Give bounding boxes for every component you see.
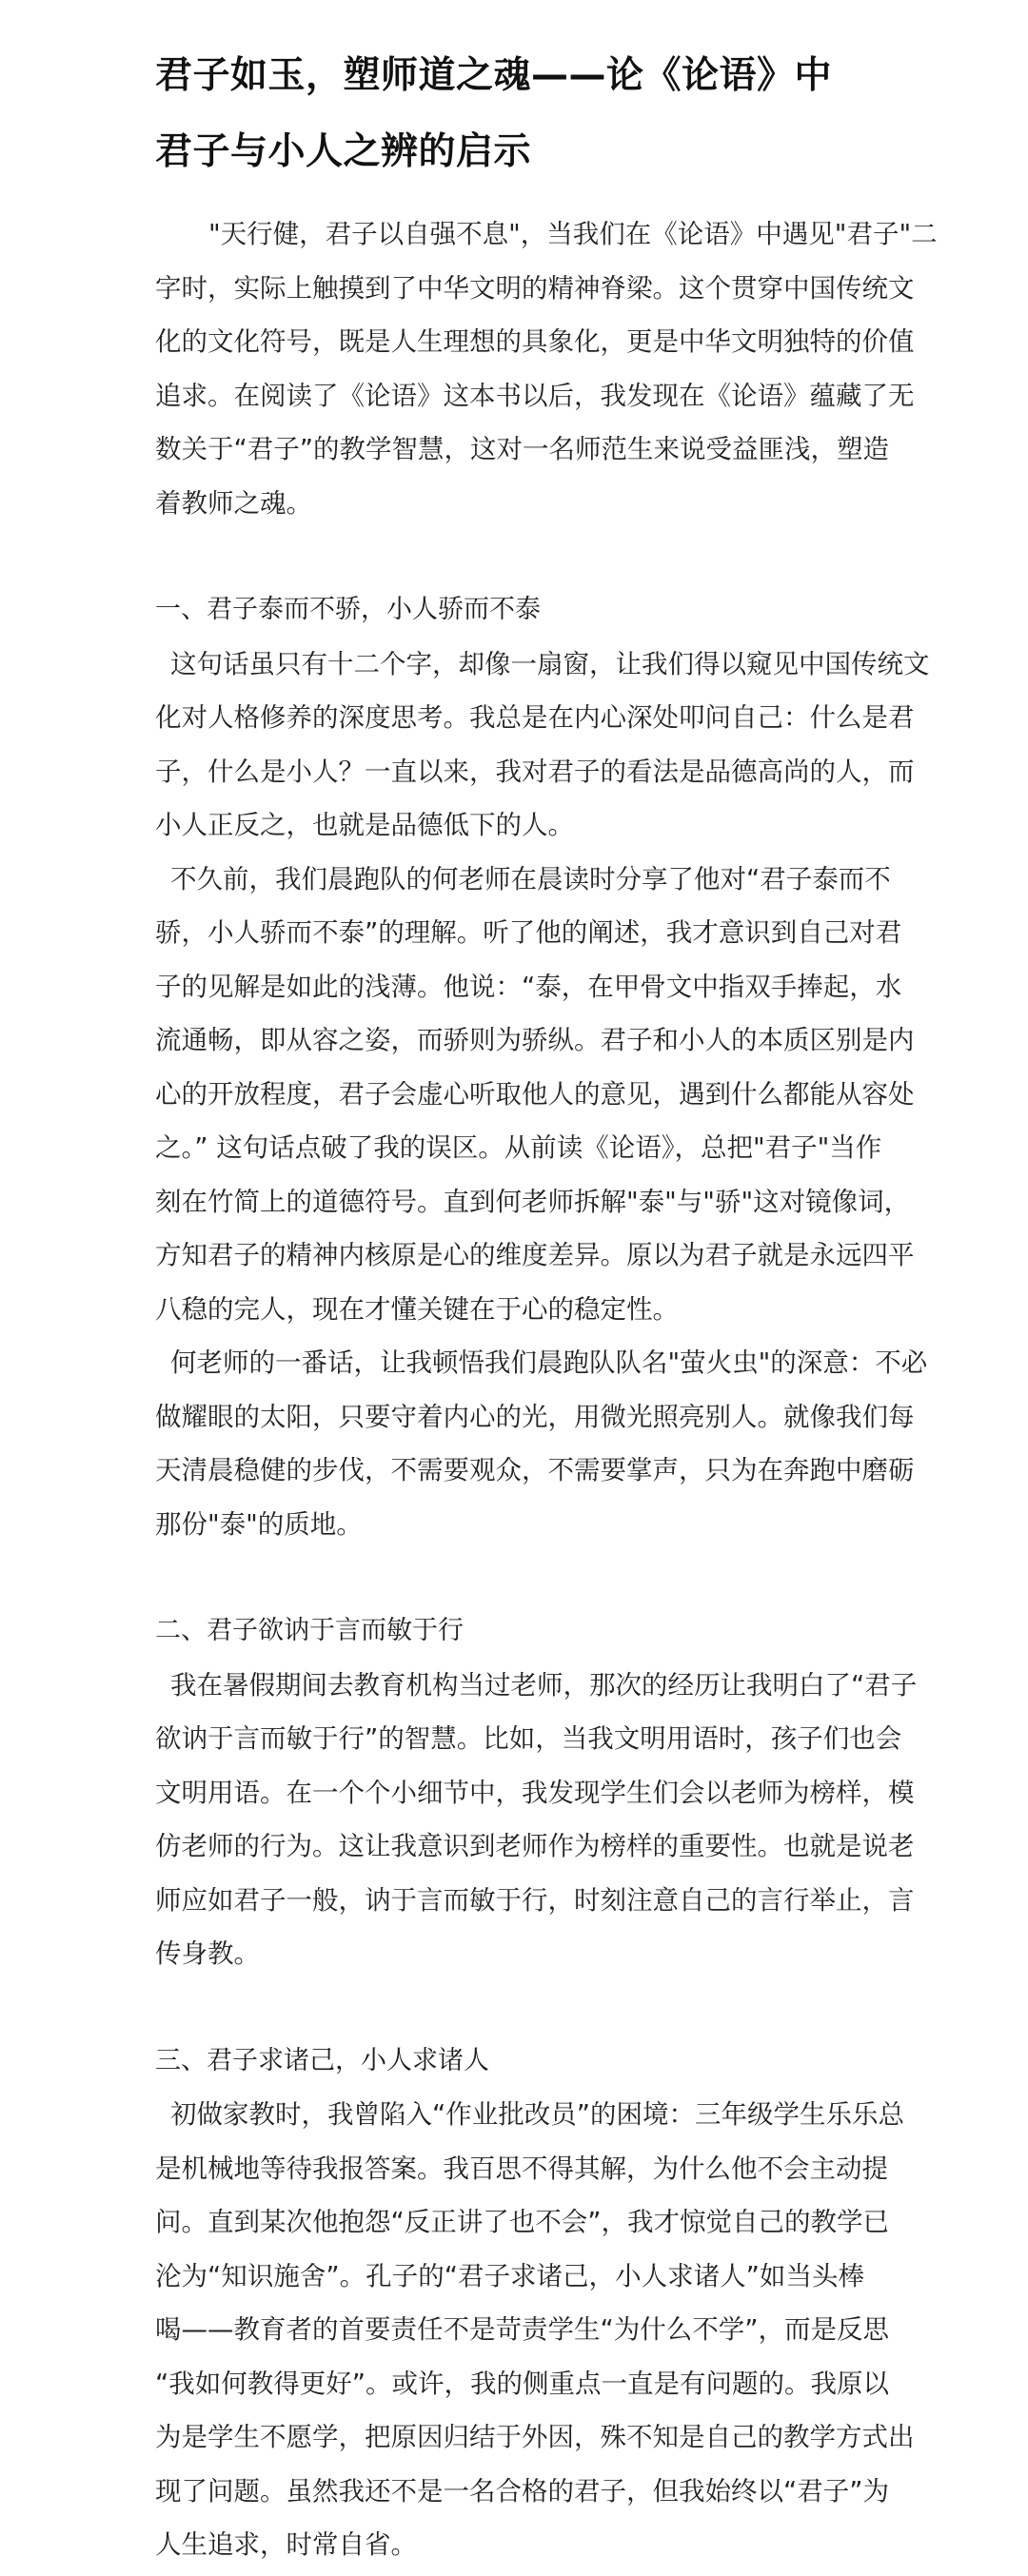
paragraph: 何老师的一番话，让我顿悟我们晨跑队队名"萤火虫"的深意：不必 做耀眼的太阳，只要… [155,1336,864,1551]
text-line: 沦为“知识施舍”。孔子的“君子求诸己，小人求诸人”如当头棒 [155,2250,864,2304]
text-line: 何老师的一番话，让我顿悟我们晨跑队队名"萤火虫"的深意：不必 [155,1336,864,1390]
text-line: 心的开放程度，君子会虚心听取他人的意见，遇到什么都能从容处 [155,1068,864,1122]
text-line: 化对人格修养的深度思考。我总是在内心深处叩问自己：什么是君 [155,691,864,745]
text-line: 之。” 这句话点破了我的误区。从前读《论语》，总把"君子"当作 [155,1121,864,1175]
text-line: 做耀眼的太阳，只要守着内心的光，用微光照亮别人。就像我们每 [155,1390,864,1445]
text-line: 刻在竹简上的道德符号。直到何老师拆解"泰"与"骄"这对镜像词， [155,1175,864,1229]
text-line: 初做家教时，我曾陷入“作业批改员”的困境：三年级学生乐乐总 [155,2088,864,2142]
text-line: “我如何教得更好”。或许，我的侧重点一直是有问题的。我原以 [155,2357,864,2411]
text-line: 天清晨稳健的步伐，不需要观众，不需要掌声，只为在奔跑中磨砺 [155,1444,864,1498]
text-line: 现了问题。虽然我还不是一名合格的君子，但我始终以“君子”为 [155,2465,864,2519]
text-line: 子，什么是小人？一直以来，我对君子的看法是品德高尚的人，而 [155,745,864,799]
title-line: 君子与小人之辨的启示 [155,114,864,190]
text-line: 传身教。 [155,1927,864,1981]
text-line: 着教师之魂。 [155,477,864,531]
text-line: 流通畅，即从容之姿，而骄则为骄纵。君子和小人的本质区别是内 [155,1013,864,1068]
paragraph: 我在暑假期间去教育机构当过老师，那次的经历让我明白了“君子 欲讷于言而敏于行”的… [155,1659,864,1981]
text-line: 数关于“君子”的教学智慧，这对一名师范生来说受益匪浅，塑造 [155,423,864,477]
intro-paragraph: "天行健，君子以自强不息"，当我们在《论语》中遇见"君子"二 字时，实际上触摸到… [155,207,864,530]
text-line: 我在暑假期间去教育机构当过老师，那次的经历让我明白了“君子 [155,1659,864,1713]
text-line: 为是学生不愿学，把原因归结于外因，殊不知是自己的教学方式出 [155,2410,864,2465]
section-1: 一、君子泰而不骄，小人骄而不泰 这句话虽只有十二个字，却像一扇窗，让我们得以窥见… [155,583,864,1551]
text-line: 八稳的完人，现在才懂关键在于心的稳定性。 [155,1283,864,1337]
text-line: 这句话虽只有十二个字，却像一扇窗，让我们得以窥见中国传统文 [155,638,864,692]
text-line: "天行健，君子以自强不息"，当我们在《论语》中遇见"君子"二 [155,207,864,262]
section-spacer [155,1981,864,2035]
text-line: 是机械地等待我报答案。我百思不得其解，为什么他不会主动提 [155,2142,864,2196]
text-line: 追求。在阅读了《论语》这本书以后，我发现在《论语》蕴藏了无 [155,369,864,423]
title-line: 君子如玉，塑师道之魂——论《论语》中 [155,38,864,114]
text-line: 骄，小人骄而不泰”的理解。听了他的阐述，我才意识到自己对君 [155,906,864,960]
paragraph: 不久前，我们晨跑队的何老师在晨读时分享了他对“君子泰而不 骄，小人骄而不泰”的理… [155,853,864,1337]
section-spacer [155,530,864,583]
section-spacer [155,1551,864,1604]
text-line: 那份"泰"的质地。 [155,1498,864,1552]
section-heading: 二、君子欲讷于言而敏于行 [155,1604,864,1659]
paragraph: 初做家教时，我曾陷入“作业批改员”的困境：三年级学生乐乐总 是机械地等待我报答案… [155,2088,864,2572]
text-line: 问。直到某次他抱怨“反正讲了也不会”，我才惊觉自己的教学已 [155,2195,864,2250]
text-line: 方知君子的精神内核原是心的维度差异。原以为君子就是永远四平 [155,1229,864,1283]
section-2: 二、君子欲讷于言而敏于行 我在暑假期间去教育机构当过老师，那次的经历让我明白了“… [155,1604,864,1981]
text-line: 人生追求，时常自省。 [155,2518,864,2572]
article: 君子如玉，塑师道之魂——论《论语》中 君子与小人之辨的启示 "天行健，君子以自强… [155,0,864,2572]
text-line: 不久前，我们晨跑队的何老师在晨读时分享了他对“君子泰而不 [155,853,864,907]
text-line: 文明用语。在一个个小细节中，我发现学生们会以老师为榜样，模 [155,1766,864,1820]
text-line: 小人正反之，也就是品德低下的人。 [155,798,864,853]
text-line: 喝——教育者的首要责任不是苛责学生“为什么不学”，而是反思 [155,2303,864,2357]
text-line: 师应如君子一般，讷于言而敏于行，时刻注意自己的言行举止，言 [155,1874,864,1928]
paragraph: 这句话虽只有十二个字，却像一扇窗，让我们得以窥见中国传统文 化对人格修养的深度思… [155,638,864,853]
text-line: 化的文化符号，既是人生理想的具象化，更是中华文明独特的价值 [155,315,864,369]
section-heading: 三、君子求诸己，小人求诸人 [155,2035,864,2089]
text-line: 欲讷于言而敏于行”的智慧。比如，当我文明用语时，孩子们也会 [155,1712,864,1766]
section-3: 三、君子求诸己，小人求诸人 初做家教时，我曾陷入“作业批改员”的困境：三年级学生… [155,2035,864,2572]
text-line: 仿老师的行为。这让我意识到老师作为榜样的重要性。也就是说老 [155,1819,864,1874]
text-line: 字时，实际上触摸到了中华文明的精神脊梁。这个贯穿中国传统文 [155,262,864,316]
text-line: 子的见解是如此的浅薄。他说：“泰，在甲骨文中指双手捧起，水 [155,960,864,1014]
article-title: 君子如玉，塑师道之魂——论《论语》中 君子与小人之辨的启示 [155,0,864,190]
section-heading: 一、君子泰而不骄，小人骄而不泰 [155,583,864,638]
